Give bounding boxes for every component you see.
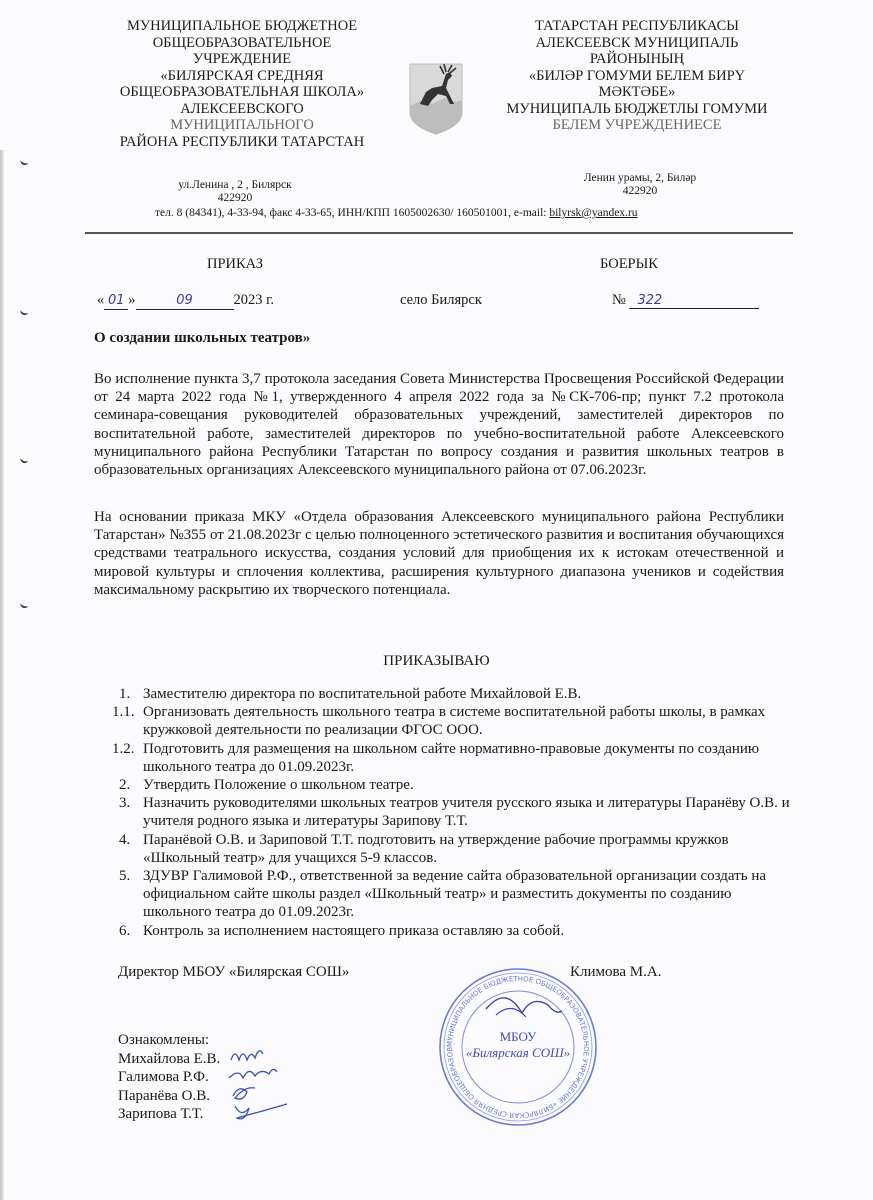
date-field: «01»092023 г. bbox=[97, 292, 274, 310]
address-right: Ленин урамы, 2, Биләр 422920 bbox=[560, 172, 720, 198]
basis-paragraph: На основании приказа МКУ «Отдела образов… bbox=[94, 508, 784, 599]
date-day: 01 bbox=[104, 293, 128, 310]
date-year: 2023 г. bbox=[234, 292, 275, 308]
list-item: 3. Назначить руководителями школьных теа… bbox=[119, 794, 795, 830]
stamp-text: «Билярская СОШ» bbox=[436, 1045, 600, 1061]
item-text: Утвердить Положение о школьном театре. bbox=[143, 776, 795, 794]
item-text: Заместителю директора по воспитательной … bbox=[143, 685, 795, 703]
acknowledged-block: Ознакомлены: Михайлова Е.В. Галимова Р.Ф… bbox=[118, 1031, 220, 1124]
scan-mark bbox=[19, 457, 28, 464]
order-items-list: 1. Заместителю директора по воспитательн… bbox=[115, 685, 795, 940]
header-line: АЛЕКСЕЕВСКОГО bbox=[92, 101, 392, 118]
header-line: МУНИЦИПАЛЬ БЮДЖЕТЛЫ ГОМУМИ bbox=[487, 101, 787, 118]
list-item: 6. Контроль за исполнением настоящего пр… bbox=[119, 922, 795, 940]
item-text: ЗДУВР Галимовой Р.Ф., ответственной за в… bbox=[143, 867, 795, 922]
scan-mark bbox=[19, 602, 28, 609]
preamble-paragraph: Во исполнение пункта 3,7 протокола засед… bbox=[94, 370, 784, 479]
subject-title: О создании школьных театров» bbox=[94, 330, 310, 347]
item-number: 1. bbox=[119, 685, 143, 703]
deer-coat-of-arms-icon bbox=[406, 60, 466, 136]
item-text: Организовать деятельность школьного теат… bbox=[143, 703, 795, 739]
contacts-line: тел. 8 (84341), 4-33-94, факс 4-33-65, И… bbox=[155, 207, 755, 219]
date-quote: « bbox=[97, 292, 104, 308]
header-divider bbox=[85, 232, 793, 234]
acknowledged-name: Михайлова Е.В. bbox=[118, 1050, 220, 1069]
scan-mark bbox=[19, 159, 28, 166]
list-item: 1. Заместителю директора по воспитательн… bbox=[119, 685, 795, 703]
signature-scribbles bbox=[225, 1046, 295, 1126]
address-street: Ленин урамы, 2, Биләр bbox=[560, 172, 720, 185]
director-name: Климова М.А. bbox=[570, 964, 661, 981]
item-number: 3. bbox=[119, 794, 143, 830]
number-label: № bbox=[612, 292, 626, 308]
item-number: 1.2. bbox=[112, 740, 143, 776]
director-position: Директор МБОУ «Билярская СОШ» bbox=[118, 964, 349, 981]
doc-type-tt: БОЕРЫК bbox=[600, 256, 658, 273]
header-line: МУНИЦИПАЛЬНОЕ БЮДЖЕТНОЕ bbox=[92, 18, 392, 35]
acknowledged-name: Галимова Р.Ф. bbox=[118, 1068, 220, 1087]
item-number: 1.1. bbox=[112, 703, 143, 739]
header-line: УЧРЕЖДЕНИЕ bbox=[92, 51, 392, 68]
acknowledged-label: Ознакомлены: bbox=[118, 1031, 220, 1050]
date-month: 09 bbox=[136, 293, 234, 310]
header-line: ТАТАРСТАН РЕСПУБЛИКАСЫ bbox=[487, 18, 787, 35]
header-line: МӘКТӘБЕ» bbox=[487, 84, 787, 101]
place: село Билярск bbox=[400, 292, 482, 309]
stamp-text: МБОУ bbox=[436, 1029, 600, 1045]
header-line: ОБЩЕОБРАЗОВАТЕЛЬНАЯ ШКОЛА» bbox=[92, 84, 392, 101]
item-text: Подготовить для размещения на школьном с… bbox=[143, 740, 795, 776]
address-zip: 422920 bbox=[155, 192, 315, 205]
item-text: Контроль за исполнением настоящего прика… bbox=[143, 922, 795, 940]
item-text: Паранёвой О.В. и Зариповой Т.Т. подготов… bbox=[143, 831, 795, 867]
number-value: 322 bbox=[629, 293, 759, 309]
list-item: 1.2. Подготовить для размещения на школь… bbox=[112, 740, 795, 776]
list-item: 2. Утвердить Положение о школьном театре… bbox=[119, 776, 795, 794]
item-number: 5. bbox=[119, 867, 143, 922]
header-line: ОБЩЕОБРАЗОВАТЕЛЬНОЕ bbox=[92, 35, 392, 52]
header-line: «БИЛӘР ГОМУМИ БЕЛЕМ БИРҮ bbox=[487, 68, 787, 85]
header-line: РАЙОНА РЕСПУБЛИКИ ТАТАРСТАН bbox=[92, 134, 392, 151]
header-line: МУНИЦИПАЛЬНОГО bbox=[92, 117, 392, 134]
item-text: Назначить руководителями школьных театро… bbox=[143, 794, 795, 830]
header-right-tatar: ТАТАРСТАН РЕСПУБЛИКАСЫ АЛЕКСЕЕВСК МУНИЦИ… bbox=[487, 18, 787, 134]
scan-edge-shadow bbox=[0, 150, 4, 1200]
item-number: 6. bbox=[119, 922, 143, 940]
contacts-text: тел. 8 (84341), 4-33-94, факс 4-33-65, И… bbox=[155, 207, 549, 219]
address-zip: 422920 bbox=[560, 185, 720, 198]
email-link[interactable]: bilyrsk@yandex.ru bbox=[549, 207, 637, 219]
date-quote: » bbox=[128, 292, 135, 308]
address-street: ул.Ленина , 2 , Билярск bbox=[155, 179, 315, 192]
list-item: 4. Паранёвой О.В. и Зариповой Т.Т. подго… bbox=[119, 831, 795, 867]
doc-type-ru: ПРИКАЗ bbox=[207, 256, 263, 273]
list-item: 1.1. Организовать деятельность школьного… bbox=[112, 703, 795, 739]
item-number: 2. bbox=[119, 776, 143, 794]
acknowledged-name: Паранёва О.В. bbox=[118, 1087, 220, 1106]
order-heading: ПРИКАЗЫВАЮ bbox=[0, 653, 873, 670]
header-line: АЛЕКСЕЕВСК МУНИЦИПАЛЬ bbox=[487, 35, 787, 52]
address-left: ул.Ленина , 2 , Билярск 422920 bbox=[155, 179, 315, 205]
list-item: 5. ЗДУВР Галимовой Р.Ф., ответственной з… bbox=[119, 867, 795, 922]
header-left-russian: МУНИЦИПАЛЬНОЕ БЮДЖЕТНОЕ ОБЩЕОБРАЗОВАТЕЛЬ… bbox=[92, 18, 392, 150]
acknowledged-name: Зарипова Т.Т. bbox=[118, 1105, 220, 1124]
order-number: № 322 bbox=[612, 292, 759, 309]
official-stamp: МУНИЦИПАЛЬНОЕ БЮДЖЕТНОЕ ОБЩЕОБРАЗОВАТЕЛЬ… bbox=[436, 965, 600, 1129]
item-number: 4. bbox=[119, 831, 143, 867]
header-line: «БИЛЯРСКАЯ СРЕДНЯЯ bbox=[92, 68, 392, 85]
header-line: РАЙОНЫНЫҢ bbox=[487, 51, 787, 68]
header-line: БЕЛЕМ УЧРЕЖДЕНИЕСЕ bbox=[487, 117, 787, 134]
scan-mark bbox=[19, 309, 28, 316]
